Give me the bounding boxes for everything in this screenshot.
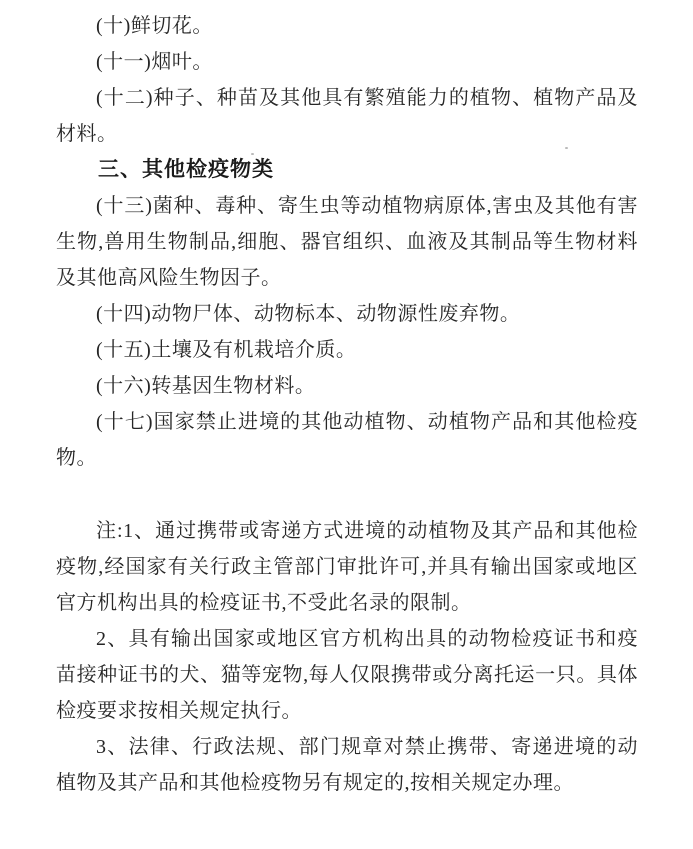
section-heading: 三、其他检疫物类 xyxy=(56,152,638,188)
paragraph: (十六)转基因生物材料。 xyxy=(56,368,638,404)
note-paragraph: 3、法律、行政法规、部门规章对禁止携带、寄递进境的动植物及其产品和其他检疫物另有… xyxy=(56,729,638,801)
paragraph: (十)鲜切花。 xyxy=(56,8,638,44)
paragraph: (十七)国家禁止进境的其他动植物、动植物产品和其他检疫物。 xyxy=(56,404,638,476)
paragraph: (十四)动物尸体、动物标本、动物源性废弃物。 xyxy=(56,296,638,332)
scan-speck xyxy=(251,153,254,155)
scan-speck xyxy=(565,147,568,149)
paragraph: (十五)土壤及有机栽培介质。 xyxy=(56,332,638,368)
document-body: (十)鲜切花。(十一)烟叶。(十二)种子、种苗及其他具有繁殖能力的植物、植物产品… xyxy=(0,0,693,801)
paragraph: (十三)菌种、毒种、寄生虫等动植物病原体,害虫及其他有害生物,兽用生物制品,细胞… xyxy=(56,188,638,296)
paragraph: (十二)种子、种苗及其他具有繁殖能力的植物、植物产品及材料。 xyxy=(56,80,638,152)
document-page: (十)鲜切花。(十一)烟叶。(十二)种子、种苗及其他具有繁殖能力的植物、植物产品… xyxy=(0,0,693,849)
paragraph: (十一)烟叶。 xyxy=(56,44,638,80)
note-paragraph: 注:1、通过携带或寄递方式进境的动植物及其产品和其他检疫物,经国家有关行政主管部… xyxy=(56,513,638,621)
note-paragraph: 2、具有输出国家或地区官方机构出具的动物检疫证书和疫苗接种证书的犬、猫等宠物,每… xyxy=(56,621,638,729)
